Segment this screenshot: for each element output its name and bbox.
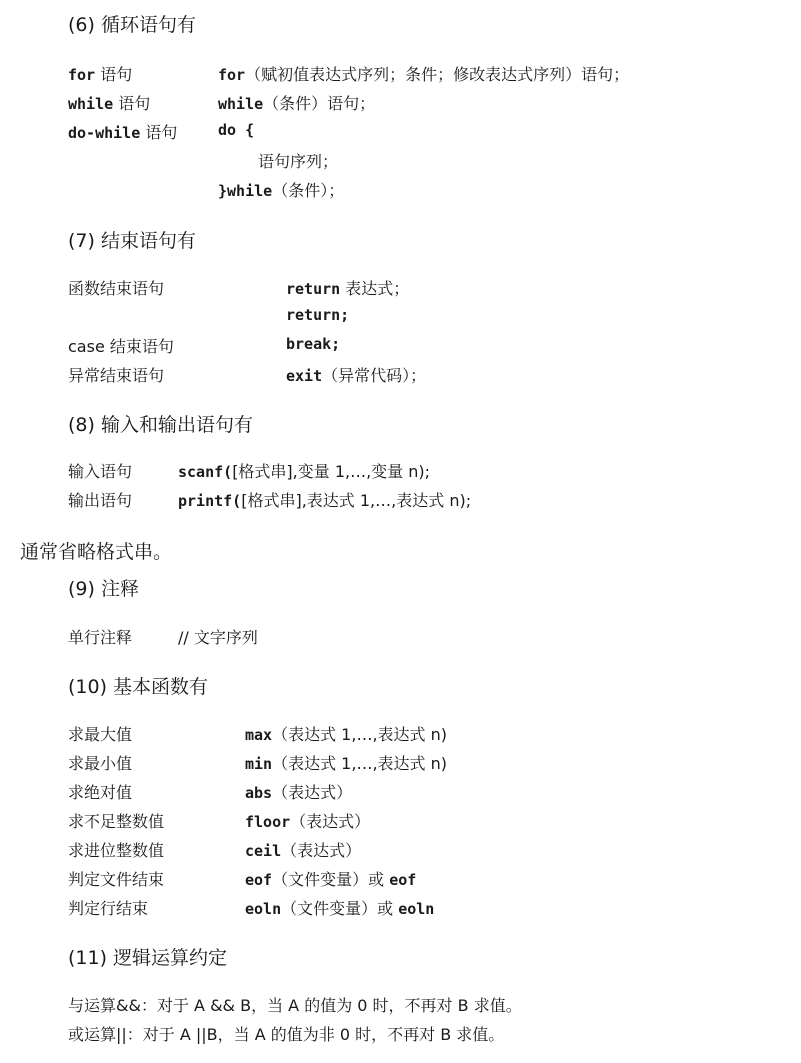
section-11-heading: (11) 逻辑运算约定 (68, 943, 227, 970)
end-label: case 结束语句 (68, 334, 174, 357)
while-syntax: while（条件）语句； (218, 91, 375, 114)
end-label: 函数结束语句 (68, 276, 164, 299)
func-syntax: eoln（文件变量）或 eoln (245, 896, 434, 919)
io-label: 输入语句 (68, 459, 132, 482)
comment-label: 单行注释 (68, 625, 132, 648)
end-syntax: break; (286, 334, 340, 353)
func-syntax: floor（表达式） (245, 809, 370, 832)
section-8-heading: (8) 输入和输出语句有 (68, 410, 253, 437)
io-syntax: scanf([格式串],变量 1,…,变量 n); (178, 459, 430, 482)
do-while-label: do-while 语句 (68, 120, 177, 143)
func-label: 求最大值 (68, 722, 132, 745)
for-label: for 语句 (68, 62, 132, 85)
end-syntax: return; (286, 305, 349, 324)
func-label: 求进位整数值 (68, 838, 164, 861)
func-syntax: max（表达式 1,…,表达式 n) (245, 722, 447, 745)
do-body: 语句序列； (258, 149, 338, 172)
do-end: }while（条件）； (218, 178, 344, 201)
func-syntax: ceil（表达式） (245, 838, 361, 861)
do-while-syntax: do { (218, 120, 254, 139)
io-syntax: printf([格式串],表达式 1,…,表达式 n); (178, 488, 471, 511)
func-label: 判定行结束 (68, 896, 148, 919)
func-label: 判定文件结束 (68, 867, 164, 890)
format-note: 通常省略格式串。 (20, 537, 172, 564)
while-label: while 语句 (68, 91, 150, 114)
logic-and-rule: 与运算&&：对于 A && B，当 A 的值为 0 时，不再对 B 求值。 (68, 993, 522, 1016)
section-10-heading: (10) 基本函数有 (68, 672, 208, 699)
io-label: 输出语句 (68, 488, 132, 511)
func-label: 求最小值 (68, 751, 132, 774)
func-syntax: abs（表达式） (245, 780, 352, 803)
section-7-heading: (7) 结束语句有 (68, 226, 196, 253)
section-6-heading: (6) 循环语句有 (68, 10, 196, 37)
func-label: 求绝对值 (68, 780, 132, 803)
for-syntax: for（赋初值表达式序列；条件；修改表达式序列）语句； (218, 62, 629, 85)
func-syntax: min（表达式 1,…,表达式 n) (245, 751, 447, 774)
end-syntax: exit（异常代码）； (286, 363, 426, 386)
section-9-heading: (9) 注释 (68, 574, 139, 601)
end-syntax: return 表达式； (286, 276, 409, 299)
logic-or-rule: 或运算||：对于 A ||B，当 A 的值为非 0 时，不再对 B 求值。 (68, 1022, 504, 1045)
func-label: 求不足整数值 (68, 809, 164, 832)
func-syntax: eof（文件变量）或 eof (245, 867, 416, 890)
comment-syntax: // 文字序列 (178, 625, 258, 648)
end-label: 异常结束语句 (68, 363, 164, 386)
